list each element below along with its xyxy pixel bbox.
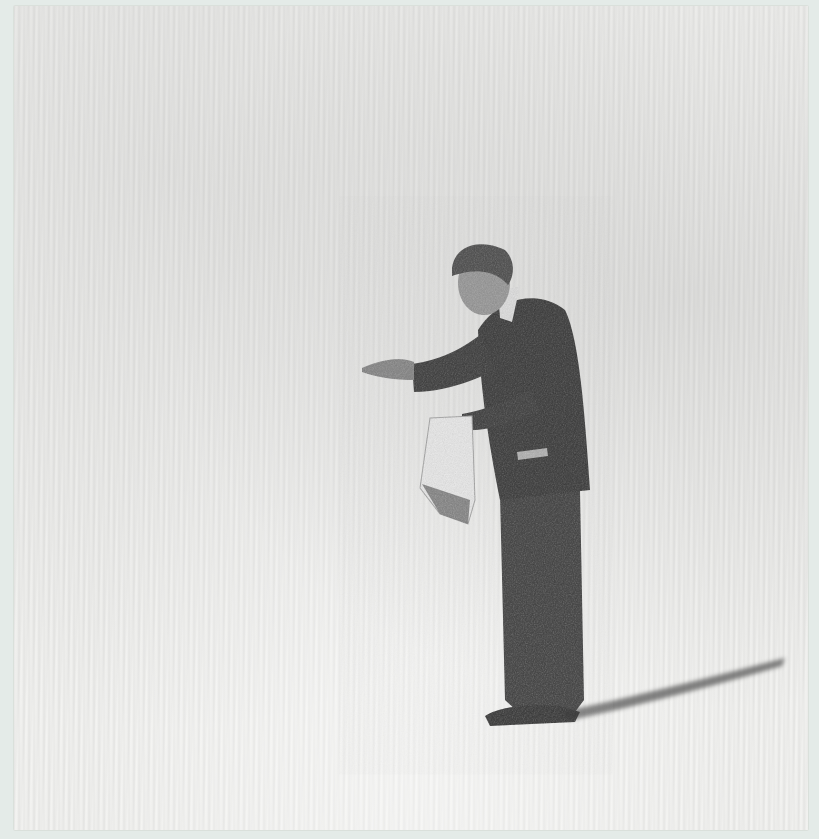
trousers [500, 490, 584, 714]
man-figure [0, 0, 819, 839]
cast-shadow [560, 658, 785, 720]
extended-hand [362, 359, 414, 380]
shoe [485, 705, 580, 726]
